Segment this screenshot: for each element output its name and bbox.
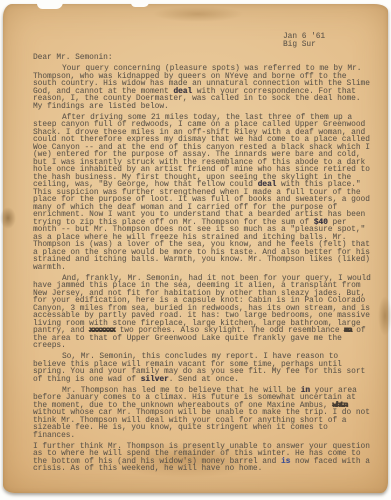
paragraph: So, Mr. Semonin, this concludes my repor… [33,354,372,384]
place-line: Big Sur [283,42,372,50]
paragraph: I further think Mr. Thompson is presentl… [33,444,372,474]
overtyped-text: silver [141,376,169,384]
text-segment: without whose car Mr. Thompson will be u… [33,409,370,440]
text-segment: After driving some 21 miles today, the l… [33,114,370,190]
overstruck-text: ma [344,327,351,335]
letter-body: Your query concerning (pleasure spots) w… [33,66,372,474]
text-segment: per month -- but Mr. Thompson does not s… [33,219,370,272]
text-segment: . Send at once. [169,376,239,384]
text-segment: And, frankly, Mr. Semonin, had it not be… [33,275,371,336]
date-block: Jan 6 '61 Big Sur [283,34,372,49]
paragraph: Your query concerning (pleasure spots) w… [33,66,372,111]
ink-correction: is [281,458,290,466]
photo-background: Jan 6 '61 Big Sur Dear Mr. Semonin: Your… [0,0,391,500]
salutation: Dear Mr. Semonin: [33,55,372,63]
letter-paper: Jan 6 '61 Big Sur Dear Mr. Semonin: Your… [3,4,388,493]
letter-content: Jan 6 '61 Big Sur Dear Mr. Semonin: Your… [3,4,388,493]
paragraph: And, frankly, Mr. Semonin, had it not be… [33,276,372,351]
paragraph: Mr. Thompson has led me to believe that … [33,388,372,441]
paragraph: After driving some 21 miles today, the l… [33,115,372,273]
